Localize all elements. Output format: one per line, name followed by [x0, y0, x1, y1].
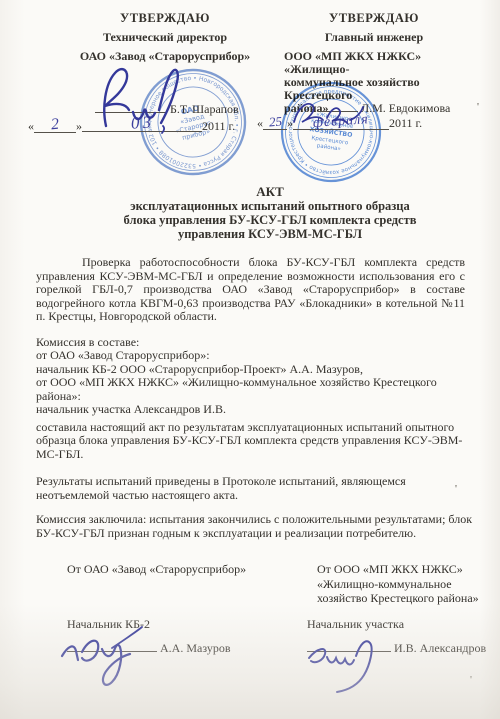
date-year-right: 2011 г. — [389, 116, 422, 130]
approval-block-left: УТВЕРЖДАЮ Технический директор ОАО «Заво… — [55, 12, 275, 63]
approver-role-left: Технический директор — [55, 31, 275, 44]
paragraph-act: составила настоящий акт по результатам э… — [36, 421, 476, 462]
approve-label-left: УТВЕРЖДАЮ — [55, 12, 275, 25]
signature-sharapov-ink — [92, 66, 192, 134]
handwritten-day-right: 25 — [268, 114, 282, 129]
footer-org-right: От ООО «МП ЖКХ НЖКС» «Жилищно-коммунальн… — [317, 562, 479, 606]
signature-mazurov-ink — [54, 618, 144, 688]
commission-member: начальник КБ-2 ООО «Старорусприбор-Проек… — [36, 363, 476, 377]
footer-signer-left: А.А. Мазуров — [160, 641, 230, 655]
approver-role-right: Главный инженер — [284, 31, 464, 44]
scanned-act-document: УТВЕРЖДАЮ Технический директор ОАО «Заво… — [0, 0, 500, 719]
title-act: АКТ — [60, 184, 480, 199]
commission-list: Комиссия в составе: от ОАО «Завод Старор… — [36, 336, 476, 417]
footer-role-right: Начальник участка — [307, 617, 404, 632]
commission-member: начальник участка Александров И.В. — [36, 403, 476, 417]
commission-member: от ООО «МП ЖКХ НЖКС» «Жилищно-коммунальн… — [36, 376, 476, 403]
document-title: АКТ эксплуатационных испытаний опытного … — [60, 184, 480, 241]
signature-aleksandrov-ink — [303, 636, 403, 696]
date-day-line: 2 — [34, 119, 76, 133]
commission-member: от ОАО «Завод Старорусприбор»: — [36, 349, 476, 363]
scan-speck: ' — [477, 101, 479, 113]
footer-org-left: От ОАО «Завод «Старорусприбор» — [67, 562, 246, 577]
paragraph-purpose: Проверка работоспособности блока БУ-КСУ-… — [36, 256, 465, 324]
commission-heading: Комиссия в составе: — [36, 336, 476, 350]
approve-label-right: УТВЕРЖДАЮ — [284, 12, 464, 25]
paragraph-results: Результаты испытаний приведены в Протоко… — [36, 475, 476, 502]
footer-signer-right: И.В. Александров — [394, 641, 486, 655]
date-day-line: 25 — [263, 116, 287, 130]
signature-evdokimova-ink — [288, 95, 378, 133]
document-body: Проверка работоспособности блока БУ-КСУ-… — [36, 256, 476, 540]
scan-speck: ' — [455, 483, 457, 495]
paragraph-conclusion: Комиссия заключила: испытания закончилис… — [36, 513, 476, 540]
handwritten-day-left: 2 — [50, 118, 59, 133]
date-year-left: 2011 г. — [202, 119, 235, 133]
approver-org-left: ОАО «Завод «Старорусприбор» — [55, 50, 275, 63]
scan-speck: ' — [470, 674, 472, 686]
